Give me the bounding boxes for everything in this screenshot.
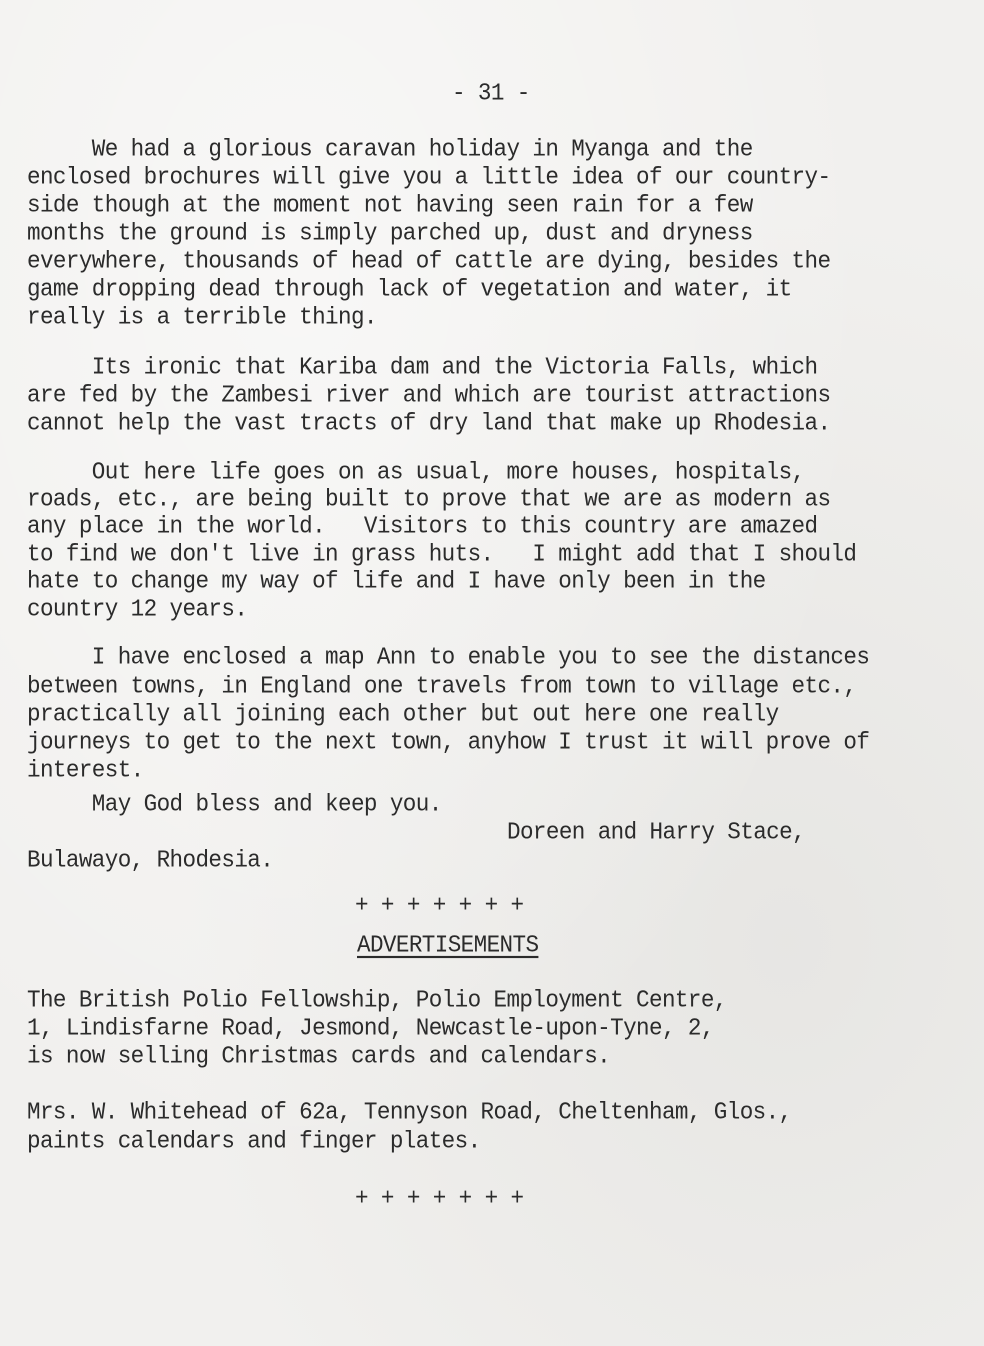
text-line: country 12 years. bbox=[27, 594, 247, 624]
text-line: everywhere, thousands of head of cattle … bbox=[27, 246, 830, 276]
text-line: practically all joining each other but o… bbox=[27, 699, 779, 729]
separator-top: + + + + + + + bbox=[355, 890, 523, 920]
text-line: between towns, in England one travels fr… bbox=[27, 671, 856, 701]
letter-closing: May God bless and keep you. bbox=[27, 789, 442, 819]
text-line: is now selling Christmas cards and calen… bbox=[27, 1041, 610, 1071]
text-line: any place in the world. Visitors to this… bbox=[27, 511, 817, 541]
text-line: interest. bbox=[27, 755, 144, 785]
text-line: paints calendars and finger plates. bbox=[27, 1126, 481, 1156]
text-line: roads, etc., are being built to prove th… bbox=[27, 484, 830, 514]
text-line: cannot help the vast tracts of dry land … bbox=[27, 408, 830, 438]
separator-bottom: + + + + + + + bbox=[355, 1183, 523, 1213]
text-line: to find we don't live in grass huts. I m… bbox=[27, 539, 856, 569]
text-line: We had a glorious caravan holiday in Mya… bbox=[27, 134, 753, 164]
text-line: Mrs. W. Whitehead of 62a, Tennyson Road,… bbox=[27, 1097, 792, 1127]
text-line: Out here life goes on as usual, more hou… bbox=[27, 457, 805, 487]
letter-location: Bulawayo, Rhodesia. bbox=[27, 845, 273, 875]
text-line: really is a terrible thing. bbox=[27, 302, 377, 332]
text-line: Its ironic that Kariba dam and the Victo… bbox=[27, 352, 817, 382]
text-line: enclosed brochures will give you a littl… bbox=[27, 162, 830, 192]
text-line: hate to change my way of life and I have… bbox=[27, 566, 766, 596]
text-line: side though at the moment not having see… bbox=[27, 190, 753, 220]
text-line: are fed by the Zambesi river and which a… bbox=[27, 380, 830, 410]
text-line: journeys to get to the next town, anyhow… bbox=[27, 727, 869, 757]
text-line: I have enclosed a map Ann to enable you … bbox=[27, 642, 869, 672]
page-number: - 31 - bbox=[452, 78, 530, 108]
advertisements-heading: ADVERTISEMENTS bbox=[357, 930, 538, 960]
text-line: 1, Lindisfarne Road, Jesmond, Newcastle-… bbox=[27, 1013, 714, 1043]
text-line: months the ground is simply parched up, … bbox=[27, 218, 753, 248]
text-line: The British Polio Fellowship, Polio Empl… bbox=[27, 985, 727, 1015]
document-page: - 31 - We had a glorious caravan holiday… bbox=[0, 0, 984, 1346]
text-line: game dropping dead through lack of veget… bbox=[27, 274, 792, 304]
letter-signature: Doreen and Harry Stace, bbox=[507, 817, 805, 847]
